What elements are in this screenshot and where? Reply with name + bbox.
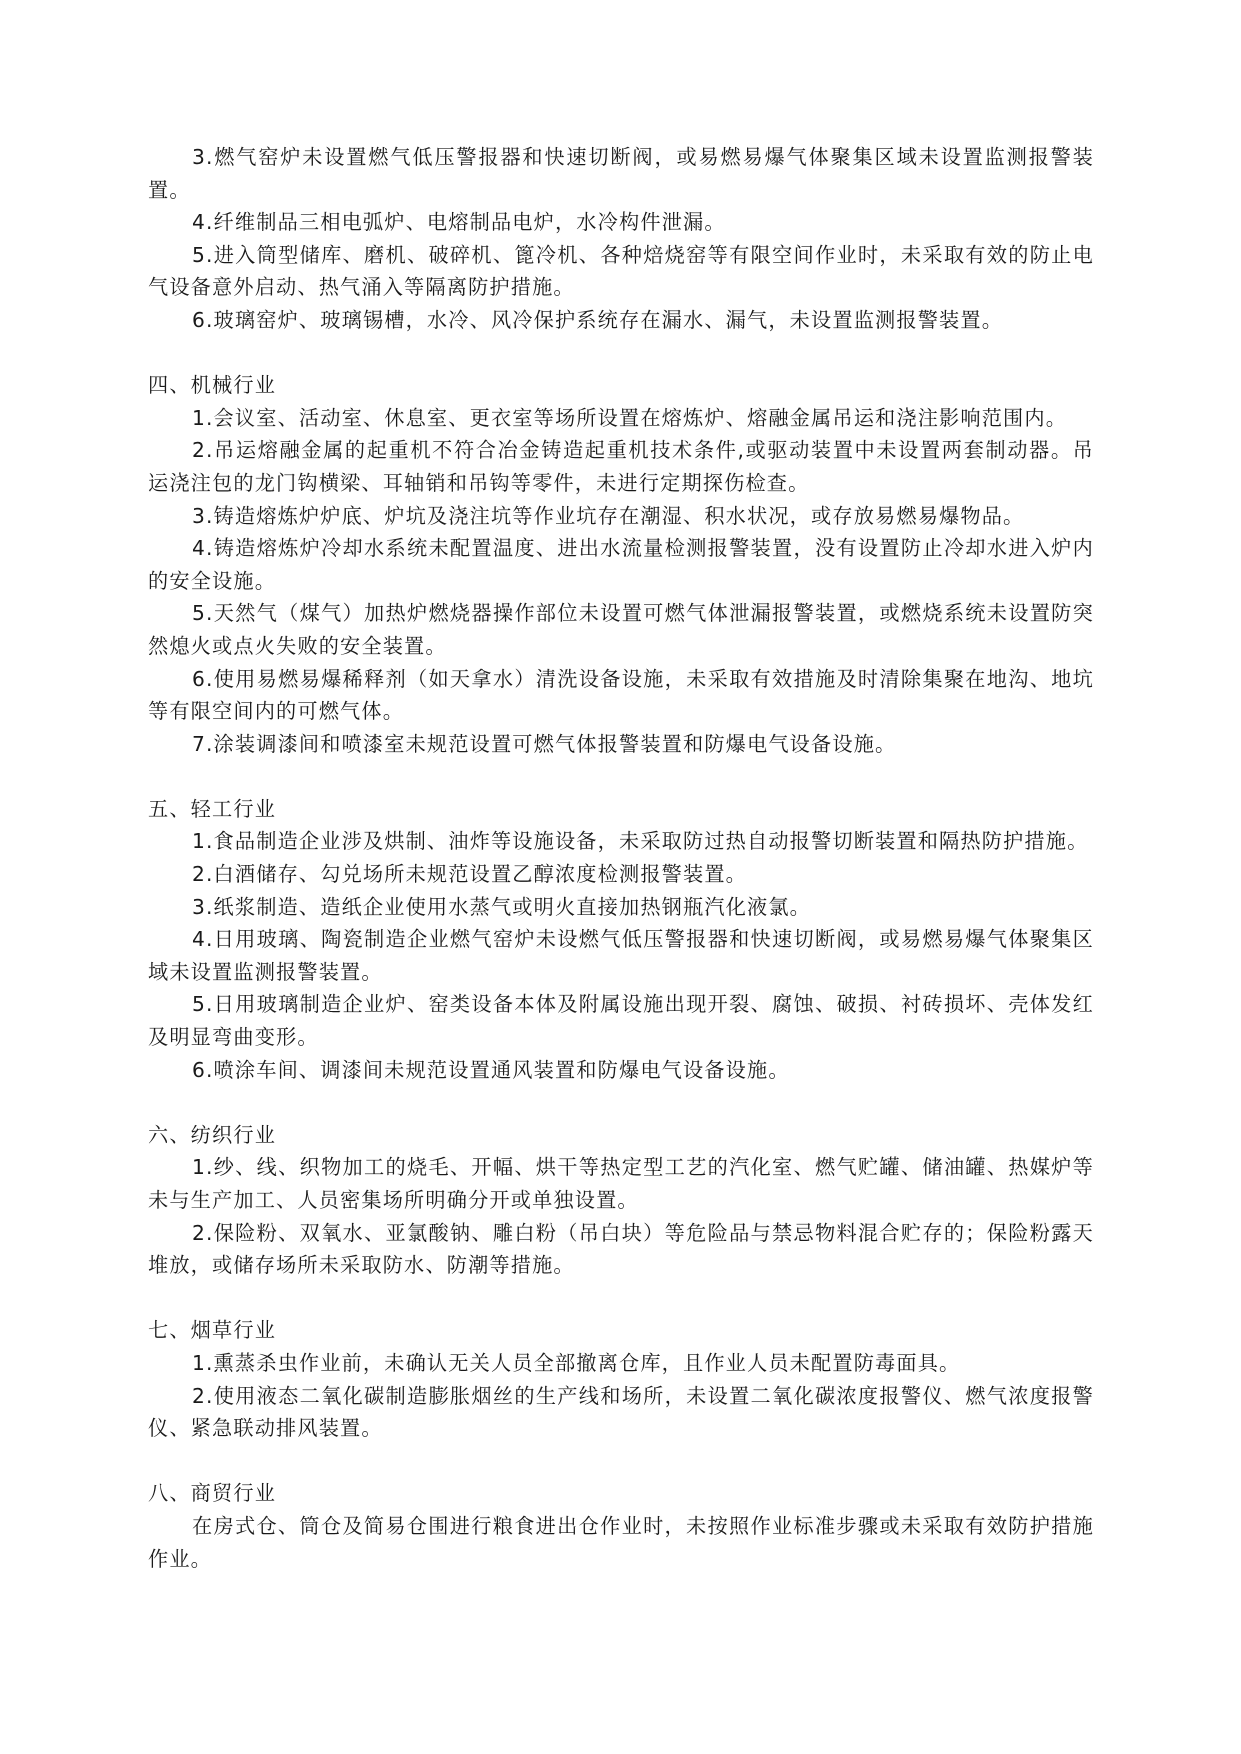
item-3: 3.纸浆制造、造纸企业使用水蒸气或明火直接加热钢瓶汽化液氯。	[148, 891, 1094, 924]
section-tobacco: 七、烟草行业 1.熏蒸杀虫作业前，未确认无关人员全部撤离仓库，且作业人员未配置防…	[148, 1314, 1094, 1444]
item-2: 2.保险粉、双氧水、亚氯酸钠、雕白粉（吊白块）等危险品与禁忌物料混合贮存的；保险…	[148, 1217, 1094, 1282]
item-7: 7.涂装调漆间和喷漆室未规范设置可燃气体报警装置和防爆电气设备设施。	[148, 728, 1094, 761]
section-heading: 五、轻工行业	[148, 793, 1094, 826]
item-6: 6.玻璃窑炉、玻璃锡槽，水冷、风冷保护系统存在漏水、漏气，未设置监测报警装置。	[148, 304, 1094, 337]
section-textile: 六、纺织行业 1.纱、线、织物加工的烧毛、开幅、烘干等热定型工艺的汽化室、燃气贮…	[148, 1119, 1094, 1282]
item-6: 6.使用易燃易爆稀释剂（如天拿水）清洗设备设施，未采取有效措施及时清除集聚在地沟…	[148, 663, 1094, 728]
item-2: 2.白酒储存、勾兑场所未规范设置乙醇浓度检测报警装置。	[148, 858, 1094, 891]
item-3: 3.燃气窑炉未设置燃气低压警报器和快速切断阀，或易燃易爆气体聚集区域未设置监测报…	[148, 141, 1094, 206]
section-heading: 七、烟草行业	[148, 1314, 1094, 1347]
item-4: 4.日用玻璃、陶瓷制造企业燃气窑炉未设燃气低压警报器和快速切断阀，或易燃易爆气体…	[148, 923, 1094, 988]
item-3: 3.铸造熔炼炉炉底、炉坑及浇注坑等作业坑存在潮湿、积水状况，或存放易燃易爆物品。	[148, 500, 1094, 533]
section-heading: 六、纺织行业	[148, 1119, 1094, 1152]
item-6: 6.喷涂车间、调漆间未规范设置通风装置和防爆电气设备设施。	[148, 1054, 1094, 1087]
item-1: 在房式仓、筒仓及简易仓围进行粮食进出仓作业时，未按照作业标准步骤或未采取有效防护…	[148, 1510, 1094, 1575]
section-heading: 四、机械行业	[148, 369, 1094, 402]
item-5: 5.进入筒型储库、磨机、破碎机、篦冷机、各种焙烧窑等有限空间作业时，未采取有效的…	[148, 239, 1094, 304]
item-2: 2.使用液态二氧化碳制造膨胀烟丝的生产线和场所，未设置二氧化碳浓度报警仪、燃气浓…	[148, 1380, 1094, 1445]
item-4: 4.纤维制品三相电弧炉、电熔制品电炉，水冷构件泄漏。	[148, 206, 1094, 239]
document-page: 3.燃气窑炉未设置燃气低压警报器和快速切断阀，或易燃易爆气体聚集区域未设置监测报…	[148, 141, 1094, 1575]
section-commerce: 八、商贸行业 在房式仓、筒仓及简易仓围进行粮食进出仓作业时，未按照作业标准步骤或…	[148, 1477, 1094, 1575]
section-light-industry: 五、轻工行业 1.食品制造企业涉及烘制、油炸等设施设备，未采取防过热自动报警切断…	[148, 793, 1094, 1086]
section-continued: 3.燃气窑炉未设置燃气低压警报器和快速切断阀，或易燃易爆气体聚集区域未设置监测报…	[148, 141, 1094, 337]
item-4: 4.铸造熔炼炉冷却水系统未配置温度、进出水流量检测报警装置，没有设置防止冷却水进…	[148, 532, 1094, 597]
section-machinery: 四、机械行业 1.会议室、活动室、休息室、更衣室等场所设置在熔炼炉、熔融金属吊运…	[148, 369, 1094, 760]
item-2: 2.吊运熔融金属的起重机不符合冶金铸造起重机技术条件,或驱动装置中未设置两套制动…	[148, 434, 1094, 499]
item-5: 5.天然气（煤气）加热炉燃烧器操作部位未设置可燃气体泄漏报警装置，或燃烧系统未设…	[148, 597, 1094, 662]
item-1: 1.熏蒸杀虫作业前，未确认无关人员全部撤离仓库，且作业人员未配置防毒面具。	[148, 1347, 1094, 1380]
section-heading: 八、商贸行业	[148, 1477, 1094, 1510]
item-5: 5.日用玻璃制造企业炉、窑类设备本体及附属设施出现开裂、腐蚀、破损、衬砖损坏、壳…	[148, 988, 1094, 1053]
item-1: 1.会议室、活动室、休息室、更衣室等场所设置在熔炼炉、熔融金属吊运和浇注影响范围…	[148, 402, 1094, 435]
item-1: 1.食品制造企业涉及烘制、油炸等设施设备，未采取防过热自动报警切断装置和隔热防护…	[148, 825, 1094, 858]
item-1: 1.纱、线、织物加工的烧毛、开幅、烘干等热定型工艺的汽化室、燃气贮罐、储油罐、热…	[148, 1151, 1094, 1216]
